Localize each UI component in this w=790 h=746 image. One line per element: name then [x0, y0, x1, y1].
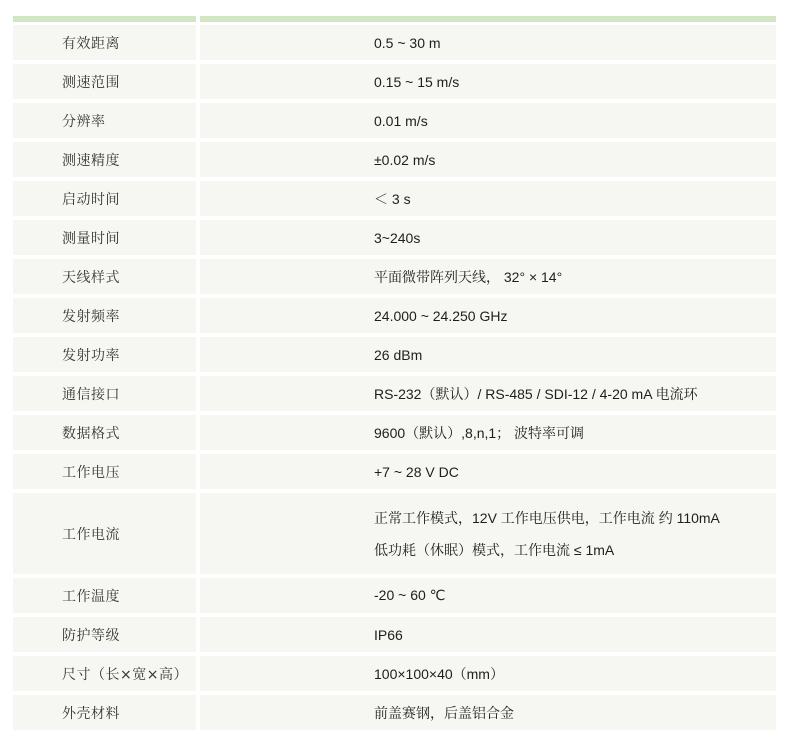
table-row: 防护等级 IP66 [13, 617, 776, 652]
table-header [13, 16, 776, 22]
spec-value: IP66 [200, 617, 776, 652]
spec-label: 工作电流 [13, 493, 196, 574]
spec-label: 工作温度 [13, 578, 196, 613]
table-row: 尺寸（长×宽×高） 100×100×40（mm） [13, 656, 776, 691]
spec-value: 0.5 ~ 30 m [200, 25, 776, 60]
spec-label: 发射功率 [13, 337, 196, 372]
spec-value: +7 ~ 28 V DC [200, 454, 776, 489]
table-row: 发射功率 26 dBm [13, 337, 776, 372]
spec-value: 正常工作模式，12V 工作电压供电，工作电流 约 110mA 低功耗（休眠）模式… [200, 493, 776, 574]
header-bar-left [13, 16, 196, 22]
spec-table: 有效距离 0.5 ~ 30 m 测速范围 0.15 ~ 15 m/s 分辨率 0… [13, 16, 776, 734]
spec-value: 0.15 ~ 15 m/s [200, 64, 776, 99]
table-row: 测量时间 3~240s [13, 220, 776, 255]
spec-value: ＜ 3 s [200, 181, 776, 216]
table-row: 工作电压 +7 ~ 28 V DC [13, 454, 776, 489]
spec-label: 工作电压 [13, 454, 196, 489]
spec-value: RS-232（默认）/ RS-485 / SDI-12 / 4-20 mA 电流… [200, 376, 776, 411]
table-row: 通信接口 RS-232（默认）/ RS-485 / SDI-12 / 4-20 … [13, 376, 776, 411]
table-row: 工作电流 正常工作模式，12V 工作电压供电，工作电流 约 110mA 低功耗（… [13, 493, 776, 574]
spec-label: 数据格式 [13, 415, 196, 450]
table-row: 天线样式 平面微带阵列天线， 32° × 14° [13, 259, 776, 294]
table-row: 数据格式 9600（默认）,8,n,1； 波特率可调 [13, 415, 776, 450]
spec-value-lines: 正常工作模式，12V 工作电压供电，工作电流 约 110mA 低功耗（休眠）模式… [374, 509, 720, 559]
spec-value: 3~240s [200, 220, 776, 255]
spec-label: 分辨率 [13, 103, 196, 138]
table-row: 发射频率 24.000 ~ 24.250 GHz [13, 298, 776, 333]
spec-value: -20 ~ 60 ℃ [200, 578, 776, 613]
spec-label: 防护等级 [13, 617, 196, 652]
spec-label: 有效距离 [13, 25, 196, 60]
table-row: 外壳材料 前盖赛钢，后盖铝合金 [13, 695, 776, 730]
spec-value: 24.000 ~ 24.250 GHz [200, 298, 776, 333]
spec-value: ±0.02 m/s [200, 142, 776, 177]
spec-value: 100×100×40（mm） [200, 656, 776, 691]
header-bar-right [200, 16, 776, 22]
spec-label: 启动时间 [13, 181, 196, 216]
spec-label: 天线样式 [13, 259, 196, 294]
spec-value: 26 dBm [200, 337, 776, 372]
spec-value: 0.01 m/s [200, 103, 776, 138]
spec-value: 前盖赛钢，后盖铝合金 [200, 695, 776, 730]
table-row: 有效距离 0.5 ~ 30 m [13, 25, 776, 60]
spec-value: 平面微带阵列天线， 32° × 14° [200, 259, 776, 294]
spec-label: 测速精度 [13, 142, 196, 177]
spec-value: 9600（默认）,8,n,1； 波特率可调 [200, 415, 776, 450]
table-row: 分辨率 0.01 m/s [13, 103, 776, 138]
spec-label: 尺寸（长×宽×高） [13, 656, 196, 691]
spec-value-line: 低功耗（休眠）模式，工作电流 ≤ 1mA [374, 541, 720, 559]
spec-value-line: 正常工作模式，12V 工作电压供电，工作电流 约 110mA [374, 509, 720, 527]
table-row: 启动时间 ＜ 3 s [13, 181, 776, 216]
spec-label: 外壳材料 [13, 695, 196, 730]
spec-label: 发射频率 [13, 298, 196, 333]
table-row: 测速精度 ±0.02 m/s [13, 142, 776, 177]
spec-label: 测速范围 [13, 64, 196, 99]
spec-label: 测量时间 [13, 220, 196, 255]
table-row: 测速范围 0.15 ~ 15 m/s [13, 64, 776, 99]
table-row: 工作温度 -20 ~ 60 ℃ [13, 578, 776, 613]
spec-label: 通信接口 [13, 376, 196, 411]
